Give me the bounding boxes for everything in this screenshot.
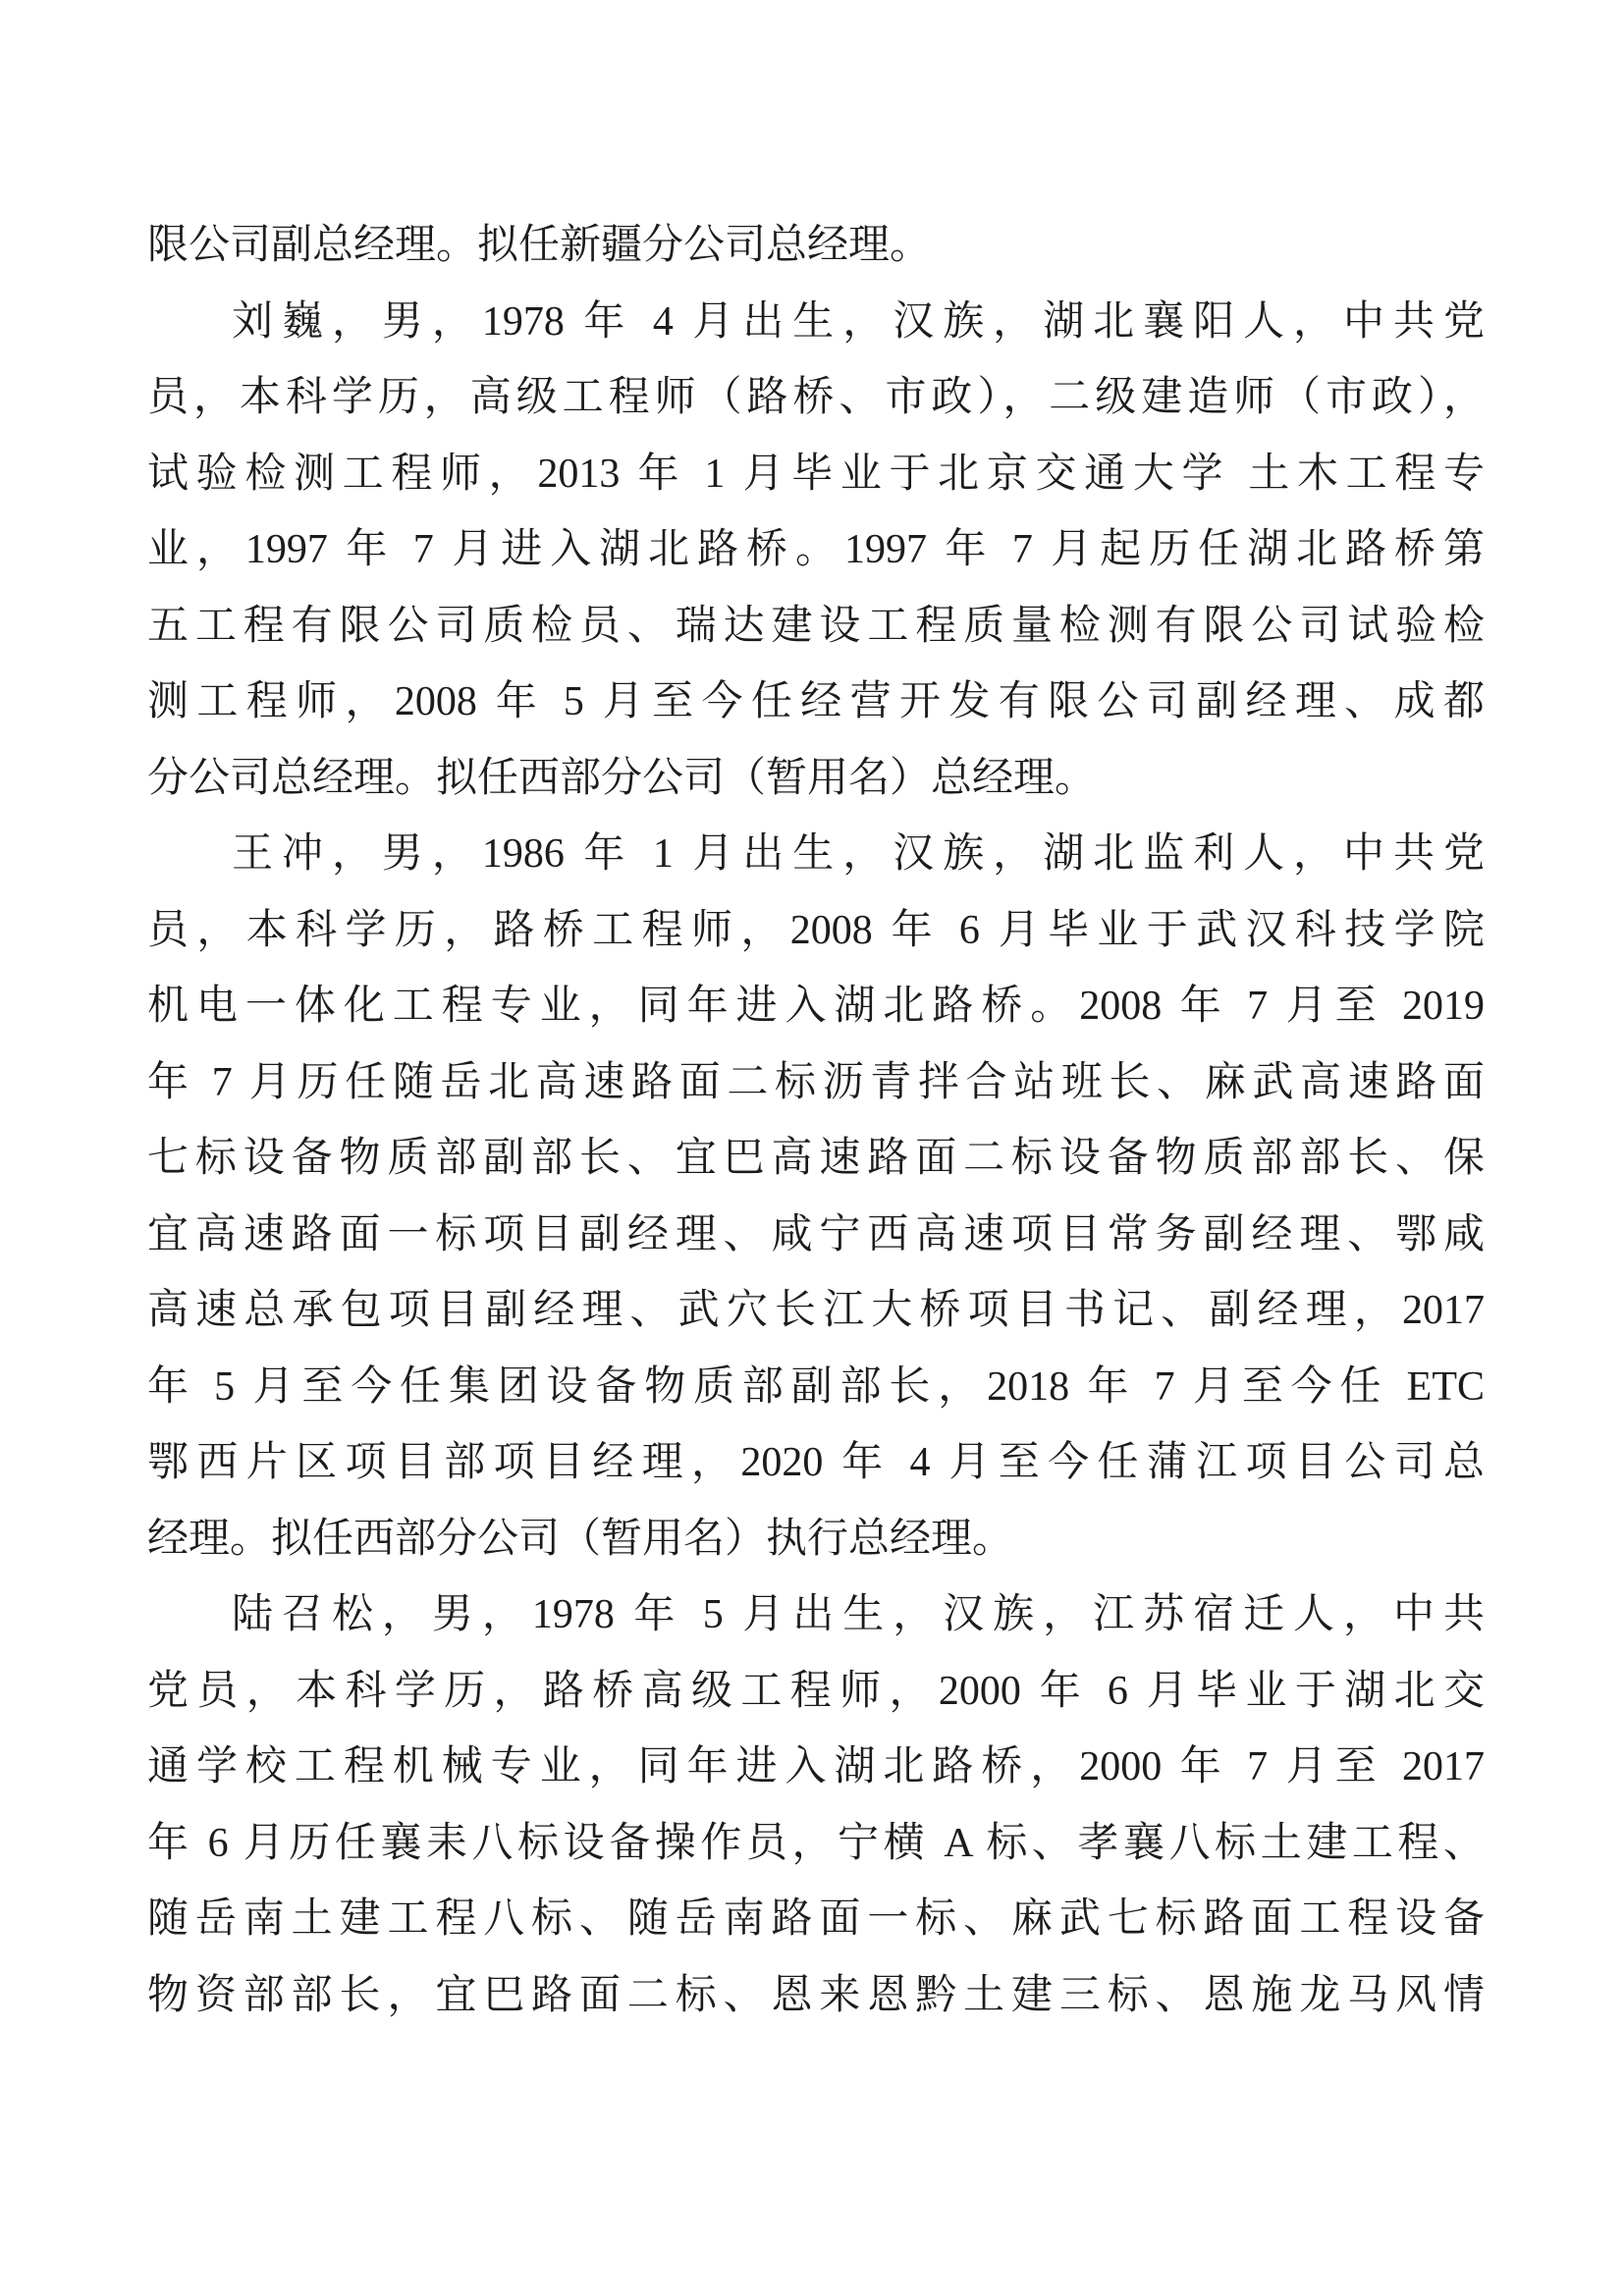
text-line: 鄂西片区项目部项目经理，2020 年 4 月至今任蒲江项目公司总 bbox=[147, 1425, 1485, 1502]
text-line: 机电一体化工程专业，同年进入湖北路桥。2008 年 7 月至 2019 bbox=[147, 969, 1485, 1045]
text-line: 测工程师，2008 年 5 月至今任经营开发有限公司副经理、成都 bbox=[147, 665, 1485, 741]
text-line: 员，本科学历，路桥工程师，2008 年 6 月毕业于武汉科技学院 bbox=[147, 893, 1485, 970]
text-line: 随岳南土建工程八标、随岳南路面一标、麻武七标路面工程设备 bbox=[147, 1882, 1485, 1958]
text-line: 五工程有限公司质检员、瑞达建设工程质量检测有限公司试验检 bbox=[147, 589, 1485, 666]
text-line: 高速总承包项目副经理、武穴长江大桥项目书记、副经理，2017 bbox=[147, 1273, 1485, 1350]
text-line: 陆召松，男，1978 年 5 月出生，汉族，江苏宿迁人，中共 bbox=[147, 1577, 1485, 1654]
text-line: 分公司总经理。拟任西部分公司（暂用名）总经理。 bbox=[147, 741, 1485, 818]
text-line: 年 5 月至今任集团设备物质部副部长，2018 年 7 月至今任 ETC bbox=[147, 1350, 1485, 1426]
text-line: 刘巍，男，1978 年 4 月出生，汉族，湖北襄阳人，中共党 bbox=[147, 285, 1485, 361]
text-line: 七标设备物质部副部长、宜巴高速路面二标设备物质部部长、保 bbox=[147, 1121, 1485, 1198]
text-line: 年 6 月历任襄耒八标设备操作员，宁横 A 标、孝襄八标土建工程、 bbox=[147, 1806, 1485, 1883]
text-line: 经理。拟任西部分公司（暂用名）执行总经理。 bbox=[147, 1502, 1485, 1578]
document-page: 限公司副总经理。拟任新疆分公司总经理。刘巍，男，1978 年 4 月出生，汉族，… bbox=[0, 0, 1624, 2296]
text-line: 限公司副总经理。拟任新疆分公司总经理。 bbox=[147, 208, 1485, 285]
text-line: 年 7 月历任随岳北高速路面二标沥青拌合站班长、麻武高速路面 bbox=[147, 1045, 1485, 1122]
text-line: 党员，本科学历，路桥高级工程师，2000 年 6 月毕业于湖北交 bbox=[147, 1654, 1485, 1731]
text-line: 试验检测工程师，2013 年 1 月毕业于北京交通大学 土木工程专 bbox=[147, 437, 1485, 513]
text-line: 宜高速路面一标项目副经理、咸宁西高速项目常务副经理、鄂咸 bbox=[147, 1198, 1485, 1274]
document-text-block: 限公司副总经理。拟任新疆分公司总经理。刘巍，男，1978 年 4 月出生，汉族，… bbox=[147, 208, 1485, 2034]
text-line: 业，1997 年 7 月进入湖北路桥。1997 年 7 月起历任湖北路桥第 bbox=[147, 512, 1485, 589]
text-line: 王冲，男，1986 年 1 月出生，汉族，湖北监利人，中共党 bbox=[147, 817, 1485, 893]
text-line: 物资部部长，宜巴路面二标、恩来恩黔土建三标、恩施龙马风情 bbox=[147, 1958, 1485, 2035]
text-line: 员，本科学历，高级工程师（路桥、市政），二级建造师（市政）， bbox=[147, 360, 1485, 437]
text-line: 通学校工程机械专业，同年进入湖北路桥，2000 年 7 月至 2017 bbox=[147, 1730, 1485, 1806]
